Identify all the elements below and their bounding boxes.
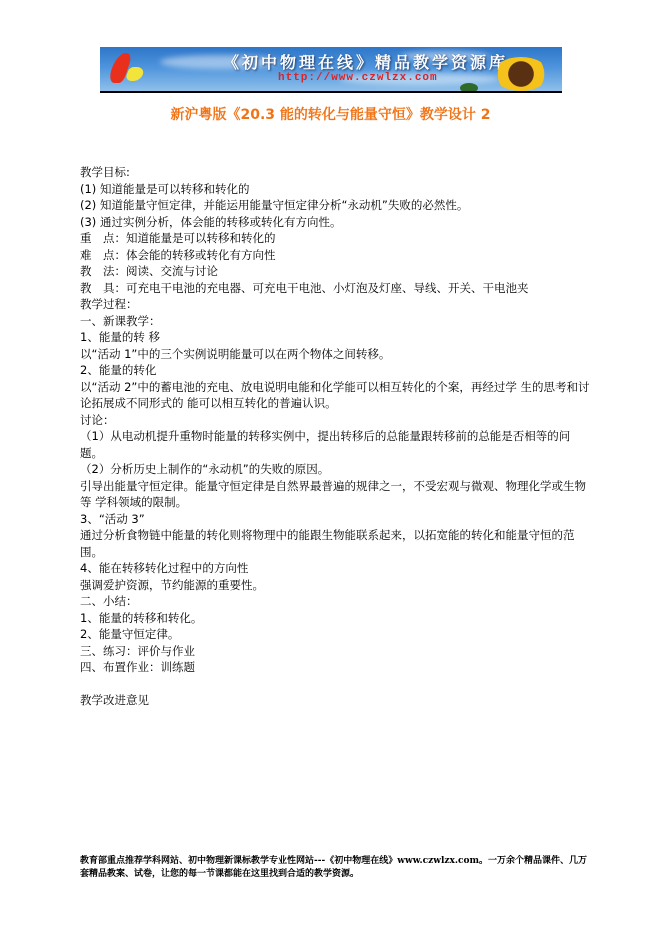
heading-process: 教学过程： bbox=[80, 296, 590, 313]
item-activity-3: 3、“活动 3” bbox=[80, 511, 590, 528]
spacer bbox=[80, 676, 590, 693]
activity-3-text: 通过分析食物链中能量的转化则将物理中的能跟生物能联系起来，以拓宽能的转化和能量守… bbox=[80, 527, 590, 560]
document-title: 新沪粤版《20.3 能的转化与能量守恒》教学设计 2 bbox=[0, 104, 661, 124]
activity-1-text: 以“活动 1”中的三个实例说明能量可以在两个物体之间转移。 bbox=[80, 346, 590, 363]
objective-1: (1) 知道能量是可以转移和转化的 bbox=[80, 181, 590, 198]
item-energy-conversion: 2、能量的转化 bbox=[80, 362, 590, 379]
heading-discussion: 讨论： bbox=[80, 412, 590, 429]
heading-improvement: 教学改进意见 bbox=[80, 692, 590, 709]
direction-text: 强调爱护资源，节约能源的重要性。 bbox=[80, 577, 590, 594]
discussion-2: （2）分析历史上制作的“永动机”的失败的原因。 bbox=[80, 461, 590, 478]
banner-url[interactable]: http://www.czwlzx.com bbox=[278, 72, 438, 84]
conservation-law-text: 引导出能量守恒定律。能量守恒定律是自然界最普遍的规律之一，不受宏观与微观、物理化… bbox=[80, 478, 590, 511]
section-practice: 三、练习：评价与作业 bbox=[80, 643, 590, 660]
teaching-method: 教 法：阅读、交流与讨论 bbox=[80, 263, 590, 280]
banner-title: 《初中物理在线》精品教学资源库 bbox=[223, 50, 508, 73]
item-direction: 4、能在转移转化过程中的方向性 bbox=[80, 560, 590, 577]
summary-1: 1、能量的转移和转化。 bbox=[80, 610, 590, 627]
discussion-1: （1）从电动机提升重物时能量的转移实例中，提出转移后的总能量跟转移前的总能是否相… bbox=[80, 428, 590, 461]
section-homework: 四、布置作业：训练题 bbox=[80, 659, 590, 676]
teaching-tools: 教 具：可充电干电池的充电器、可充电干电池、小灯泡及灯座、导线、开关、干电池夹 bbox=[80, 280, 590, 297]
section-summary: 二、小结： bbox=[80, 593, 590, 610]
heading-objectives: 教学目标: bbox=[80, 164, 590, 181]
leaf-icon bbox=[460, 83, 478, 91]
difficult-point: 难 点：体会能的转移或转化有方向性 bbox=[80, 247, 590, 264]
key-point: 重 点：知道能量是可以转移和转化的 bbox=[80, 230, 590, 247]
banner-divider bbox=[100, 91, 562, 93]
footer-ad: 教育部重点推荐学科网站、初中物理新课标教学专业性网站---《初中物理在线》www… bbox=[80, 855, 590, 881]
document-body: 教学目标: (1) 知道能量是可以转移和转化的 (2) 知道能量守恒定律，并能运… bbox=[80, 164, 590, 709]
logo-accent-icon bbox=[124, 67, 145, 81]
objective-2: (2) 知道能量守恒定律，并能运用能量守恒定律分析“永动机”失败的必然性。 bbox=[80, 197, 590, 214]
site-banner: 《初中物理在线》精品教学资源库 http://www.czwlzx.com bbox=[100, 47, 562, 91]
objective-3: (3) 通过实例分析，体会能的转移或转化有方向性。 bbox=[80, 214, 590, 231]
section-new-lesson: 一、新课教学： bbox=[80, 313, 590, 330]
sunflower-icon bbox=[493, 57, 549, 91]
activity-2-text: 以“活动 2”中的蓄电池的充电、放电说明电能和化学能可以相互转化的个案，再经过学… bbox=[80, 379, 590, 412]
item-energy-transfer: 1、能量的转 移 bbox=[80, 329, 590, 346]
summary-2: 2、能量守恒定律。 bbox=[80, 626, 590, 643]
